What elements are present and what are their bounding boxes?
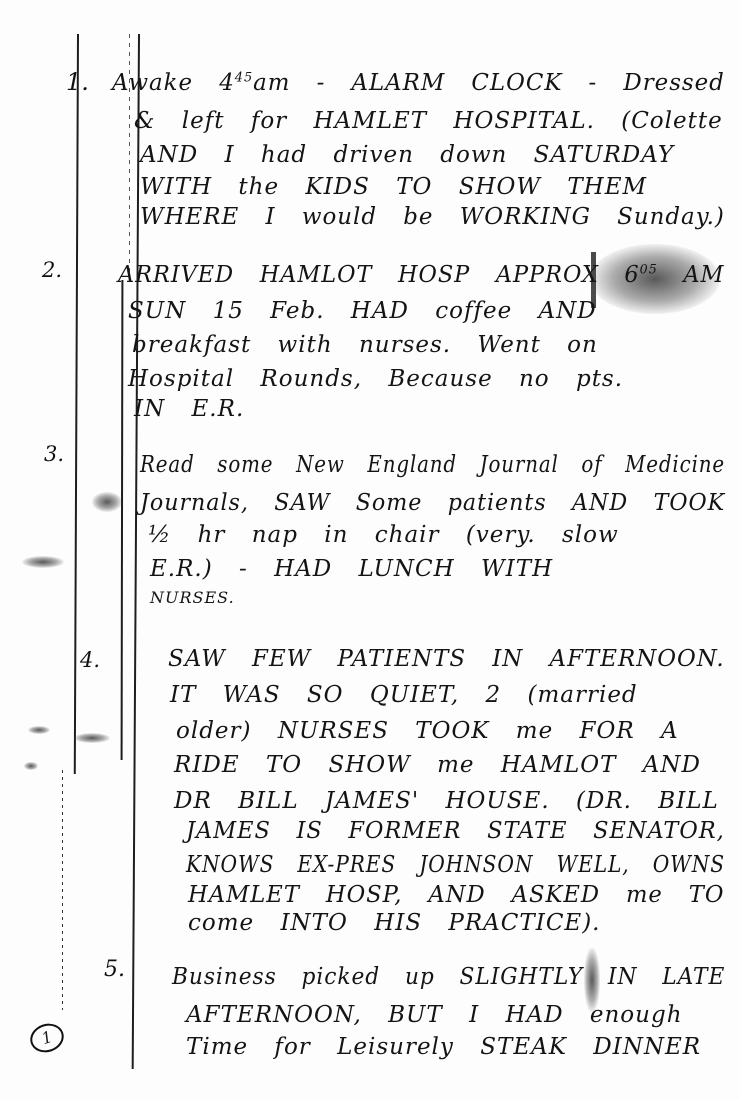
entry-1-line-3: AND I had driven down SATURDAY <box>140 142 674 168</box>
entry-5-line-3: Time for Leisurely STEAK DINNER <box>186 1034 701 1060</box>
entry-2-line-3: breakfast with nurses. Went on <box>132 332 598 358</box>
entry-number-1: 1. <box>66 68 89 96</box>
entry-3-line-5: NURSES. <box>150 588 235 607</box>
entry-4-line-3: older) NURSES TOOK me FOR A <box>176 718 679 744</box>
entry-number-3: 3. <box>44 442 64 466</box>
entry-1-line-2: & left for HAMLET HOSPITAL. (Colette <box>134 108 723 134</box>
entry-2-line-5: IN E.R. <box>134 396 244 422</box>
scan-smudge <box>28 726 50 734</box>
entry-2-line-4: Hospital Rounds, Because no pts. <box>128 366 623 392</box>
margin-rule-outer-dotted <box>62 770 63 1010</box>
entry-2-line-1: ARRIVED HAMLOT HOSP APPROX 605 AM <box>118 262 724 288</box>
margin-rule-outer <box>74 34 79 774</box>
entry-4-line-8: HAMLET HOSP, AND ASKED me TO <box>188 882 724 908</box>
entry-4-line-6: JAMES IS FORMER STATE SENATOR, <box>186 818 725 844</box>
scan-smudge <box>24 762 38 770</box>
scanned-page: 1. 2. 3. 4. 5. Awake 445am - ALARM CLOCK… <box>0 0 740 1099</box>
entry-number-2: 2. <box>42 258 62 282</box>
scan-smudge <box>92 492 122 512</box>
entry-4-line-7: KNOWS EX-PRES JOHNSON WELL, OWNS <box>186 852 725 878</box>
entry-5-line-2: AFTERNOON, BUT I HAD enough <box>186 1002 683 1028</box>
scan-smudge <box>22 556 64 568</box>
entry-1-line-5: WHERE I would be WORKING Sunday.) <box>140 204 725 230</box>
entry-1-line-4: WITH the KIDS TO SHOW THEM <box>140 174 647 200</box>
entry-3-line-4: E.R.) - HAD LUNCH WITH <box>150 556 553 582</box>
entry-4-line-1: SAW FEW PATIENTS IN AFTERNOON. <box>168 646 725 672</box>
entry-4-line-9: come INTO HIS PRACTICE). <box>188 910 601 936</box>
entry-4-line-4: RIDE TO SHOW me HAMLOT AND <box>174 752 701 778</box>
entry-5-line-1: Business picked up SLIGHTLY IN LATE <box>172 964 725 990</box>
entry-3-line-2: Journals, SAW Some patients AND TOOK <box>140 490 725 516</box>
entry-number-5: 5. <box>104 957 125 982</box>
margin-rule-inner <box>121 280 124 760</box>
entry-4-line-2: IT WAS SO QUIET, 2 (married <box>170 682 638 708</box>
entry-2-line-2: SUN 15 Feb. HAD coffee AND <box>128 298 597 324</box>
entry-number-4: 4. <box>80 648 100 672</box>
entry-3-line-3: ½ hr nap in chair (very. slow <box>148 522 619 548</box>
scan-smudge <box>74 733 110 743</box>
page-number-circled: 1 <box>27 1019 68 1056</box>
entry-4-line-5: DR BILL JAMES' HOUSE. (DR. BILL <box>174 788 719 814</box>
entry-1-line-1: Awake 445am - ALARM CLOCK - Dressed <box>112 70 725 96</box>
entry-3-line-1: Read some New England Journal of Medicin… <box>140 452 725 478</box>
margin-rule-main <box>132 34 140 1069</box>
